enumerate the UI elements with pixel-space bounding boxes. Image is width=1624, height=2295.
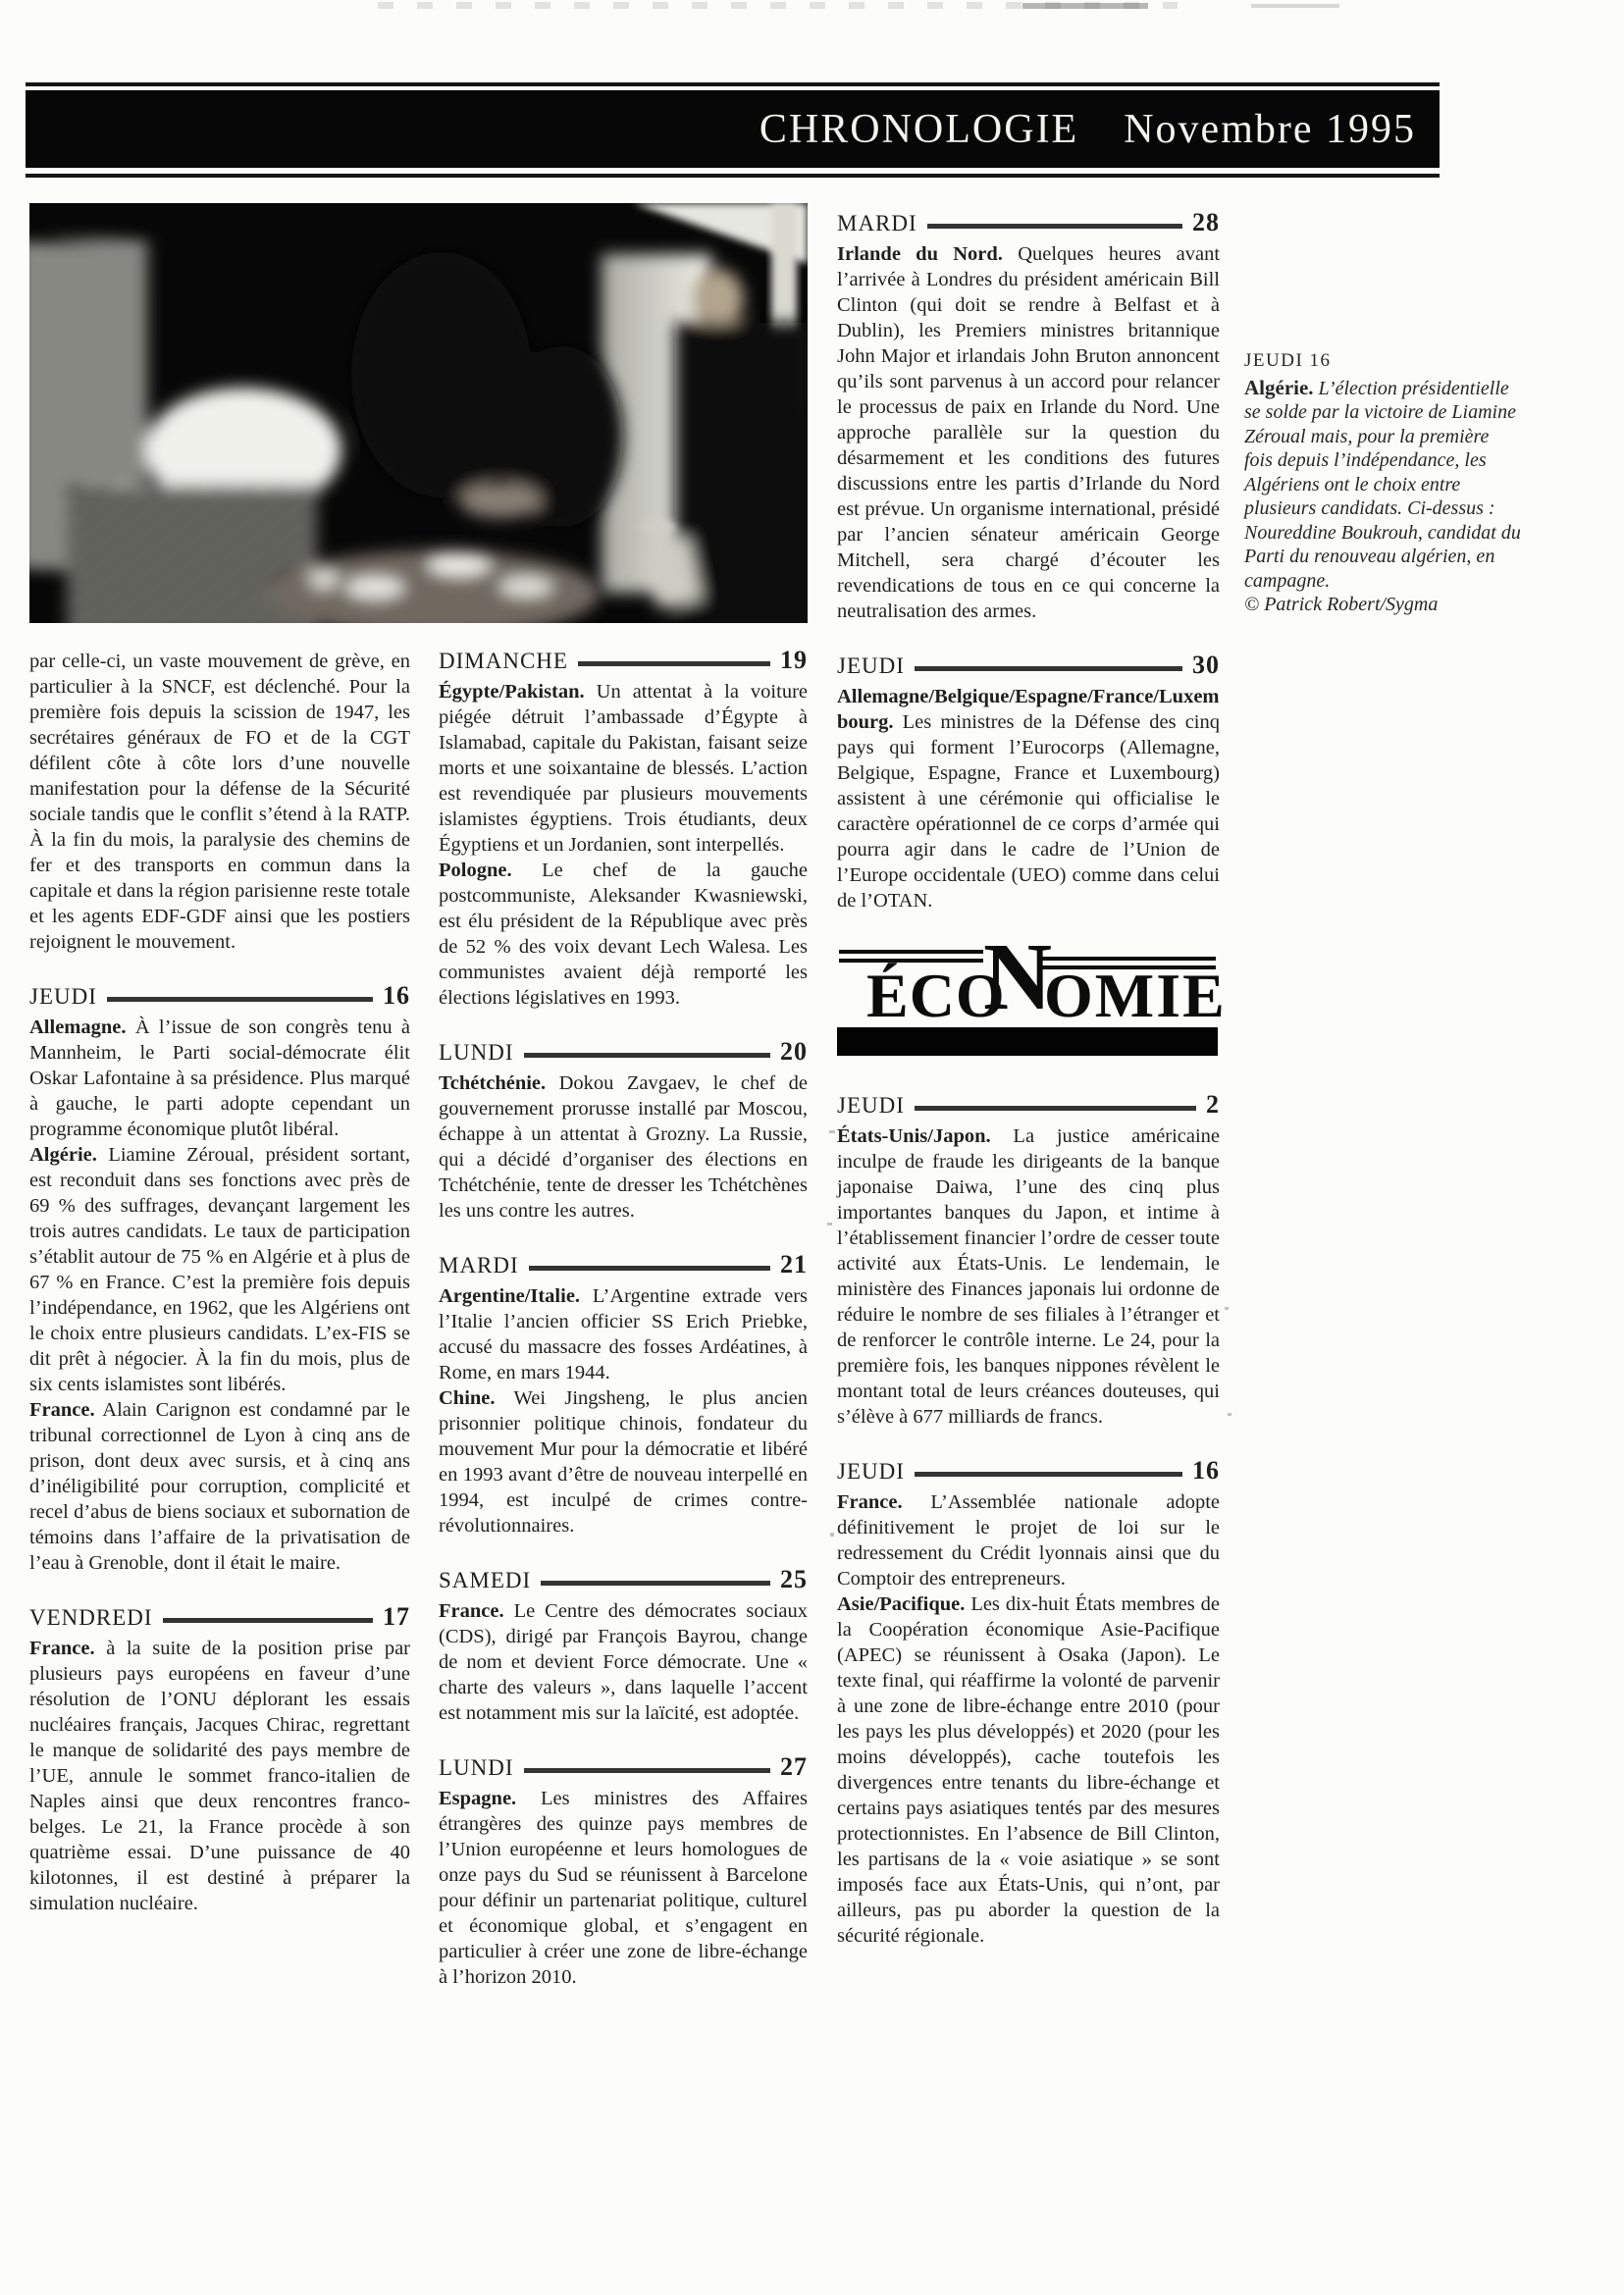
entry-lead: Irlande du Nord. [837, 243, 1003, 265]
column-right: MARDI 28 Irlande du Nord. Quelques heure… [837, 208, 1220, 1949]
economy-title: N [983, 929, 1052, 1024]
column-left: par celle-ci, un vaste mouvement de grèv… [29, 649, 410, 1916]
day-header: MARDI 21 [439, 1250, 808, 1280]
day-header: JEUDI 16 [29, 981, 410, 1012]
masthead-title: CHRONOLOGIE [760, 106, 1078, 153]
day-name: MARDI [439, 1251, 519, 1280]
day-leader-line [529, 1266, 770, 1271]
entry: Allemagne. À l’issue de son congrès tenu… [29, 1015, 410, 1142]
day-leader-line [524, 1768, 770, 1773]
economy-bar [837, 1027, 1218, 1056]
entry-lead: France. [29, 1399, 95, 1421]
entry-text: La justice américaine inculpe de fraude … [837, 1125, 1220, 1428]
caption-lead: Algérie. [1244, 376, 1314, 399]
entry-text: Alain Carignon est condamné par le tribu… [29, 1399, 410, 1574]
entry: Algérie. Liamine Zéroual, président sort… [29, 1142, 410, 1397]
day-number: 25 [780, 1565, 808, 1594]
entry: France. Le Centre des démocrates sociaux… [439, 1598, 808, 1726]
entry: Chine. Wei Jingsheng, le plus ancien pri… [439, 1385, 808, 1539]
caption-body: Algérie. L’élection présidentielle se so… [1244, 376, 1521, 594]
caption-text: L’élection présidentielle se solde par l… [1244, 378, 1521, 592]
entry-text: Quelques heures avant l’arrivée à Londre… [837, 243, 1220, 622]
column-middle: DIMANCHE 19 Égypte/Pakistan. Un attentat… [439, 646, 808, 1990]
scan-speck [1228, 1413, 1231, 1416]
day-leader-line [915, 1472, 1182, 1477]
entry: France. Alain Carignon est condamné par … [29, 1397, 410, 1576]
day-name: JEUDI [837, 652, 905, 681]
day-number: 20 [780, 1037, 808, 1067]
day-header: SAMEDI 25 [439, 1565, 808, 1595]
day-name: LUNDI [439, 1753, 514, 1783]
entry-lead: France. [439, 1600, 504, 1622]
photo-image [29, 203, 808, 623]
entry-text: Dokou Zavgaev, le chef de gouvernement p… [439, 1072, 808, 1222]
day-number: 21 [780, 1250, 808, 1279]
scanned-page: CHRONOLOGIE Novembre 1995 [0, 0, 1624, 2295]
entry: Allemagne/Belgique/Espagne/France/Luxemb… [837, 684, 1220, 913]
day-header: VENDREDI 17 [29, 1602, 410, 1633]
day-leader-line [524, 1053, 770, 1058]
entry-lead: France. [29, 1638, 95, 1659]
masthead-top-rule [26, 82, 1440, 86]
caption-day: JEUDI 16 [1244, 349, 1521, 374]
entry-text: à la suite de la position prise par plus… [29, 1638, 410, 1914]
day-name: MARDI [837, 209, 917, 238]
day-header: JEUDI 16 [837, 1456, 1220, 1487]
entry-text: Les ministres de la Défense des cinq pay… [837, 711, 1220, 912]
day-leader-line [915, 1106, 1196, 1111]
entry-lead: Égypte/Pakistan. [439, 681, 585, 703]
day-leader-line [163, 1618, 373, 1623]
entry: Irlande du Nord. Quelques heures avant l… [837, 241, 1220, 624]
entry-lead: Pologne. [439, 860, 512, 881]
day-name: LUNDI [439, 1038, 514, 1068]
economy-section-header: ÉCO N OMIE [837, 945, 1220, 1057]
entry-lead: Asie/Pacifique. [837, 1593, 965, 1615]
caption-credit: © Patrick Robert/Sygma [1244, 593, 1521, 617]
day-number: 16 [383, 981, 410, 1011]
day-name: JEUDI [837, 1457, 905, 1487]
entry: Pologne. Le chef de la gauche postcommun… [439, 858, 808, 1011]
day-leader-line [107, 997, 373, 1002]
scan-speck [1225, 1307, 1229, 1310]
entry-lead: Allemagne. [29, 1017, 127, 1038]
entry-text: Liamine Zéroual, président sortant, est … [29, 1144, 410, 1395]
scan-speck [827, 1223, 832, 1226]
entry: États-Unis/Japon. La justice américaine … [837, 1123, 1220, 1430]
entry-text: Les dix-huit États membres de la Coopéra… [837, 1593, 1220, 1947]
photo-caption: JEUDI 16 Algérie. L’élection présidentie… [1244, 349, 1521, 617]
entry: Tchétchénie. Dokou Zavgaev, le chef de g… [439, 1070, 808, 1224]
entry-lead: Argentine/Italie. [439, 1285, 580, 1307]
entry-lead: États-Unis/Japon. [837, 1125, 991, 1147]
day-header: LUNDI 27 [439, 1752, 808, 1783]
economy-rule [839, 950, 983, 954]
scan-noise [1022, 3, 1148, 9]
entry-text: Le chef de la gauche postcommuniste, Ale… [439, 860, 808, 1009]
economy-title: OMIE [1044, 965, 1227, 1027]
day-name: DIMANCHE [439, 647, 568, 676]
day-number: 2 [1206, 1090, 1220, 1120]
day-leader-line [915, 666, 1182, 671]
masthead-bottom-rule [26, 174, 1440, 178]
day-number: 19 [780, 646, 808, 675]
day-leader-line [927, 224, 1182, 229]
day-name: JEUDI [837, 1091, 905, 1121]
entry-text: Les ministres des Affaires étrangères de… [439, 1788, 808, 1988]
day-header: MARDI 28 [837, 208, 1220, 238]
day-number: 17 [383, 1602, 410, 1632]
day-name: VENDREDI [29, 1603, 153, 1633]
day-header: JEUDI 2 [837, 1090, 1220, 1121]
entry-text: Un attentat à la voiture piégée détruit … [439, 681, 808, 856]
intro-paragraph: par celle-ci, un vaste mouvement de grèv… [29, 649, 410, 955]
masthead-date: Novembre 1995 [1124, 106, 1416, 153]
scan-speck [829, 1130, 835, 1133]
entry: Argentine/Italie. L’Argentine extrade ve… [439, 1283, 808, 1385]
day-leader-line [541, 1581, 770, 1586]
entry-lead: France. [837, 1491, 903, 1513]
entry: Espagne. Les ministres des Affaires étra… [439, 1786, 808, 1990]
entry-lead: Chine. [439, 1387, 496, 1409]
day-number: 27 [780, 1752, 808, 1782]
entry-lead: Algérie. [29, 1144, 97, 1166]
entry-lead: Tchétchénie. [439, 1072, 546, 1094]
entry: France. à la suite de la position prise … [29, 1636, 410, 1916]
entry-lead: Espagne. [439, 1788, 516, 1809]
entry: Asie/Pacifique. Les dix-huit États membr… [837, 1591, 1220, 1949]
entry-text: Wei Jingsheng, le plus ancien prisonnier… [439, 1387, 808, 1537]
day-number: 30 [1192, 651, 1220, 680]
day-header: LUNDI 20 [439, 1037, 808, 1068]
day-header: JEUDI 30 [837, 651, 1220, 681]
day-number: 28 [1192, 208, 1220, 237]
day-name: SAMEDI [439, 1566, 531, 1595]
day-name: JEUDI [29, 982, 97, 1012]
entry: France. L’Assemblée nationale adopte déf… [837, 1489, 1220, 1591]
day-number: 16 [1192, 1456, 1220, 1486]
photo [29, 203, 808, 623]
day-leader-line [578, 661, 770, 666]
scan-noise [1251, 4, 1339, 8]
entry: Égypte/Pakistan. Un attentat à la voitur… [439, 679, 808, 858]
scan-speck [830, 1533, 834, 1537]
masthead-bar: CHRONOLOGIE Novembre 1995 [26, 90, 1440, 168]
day-header: DIMANCHE 19 [439, 646, 808, 676]
